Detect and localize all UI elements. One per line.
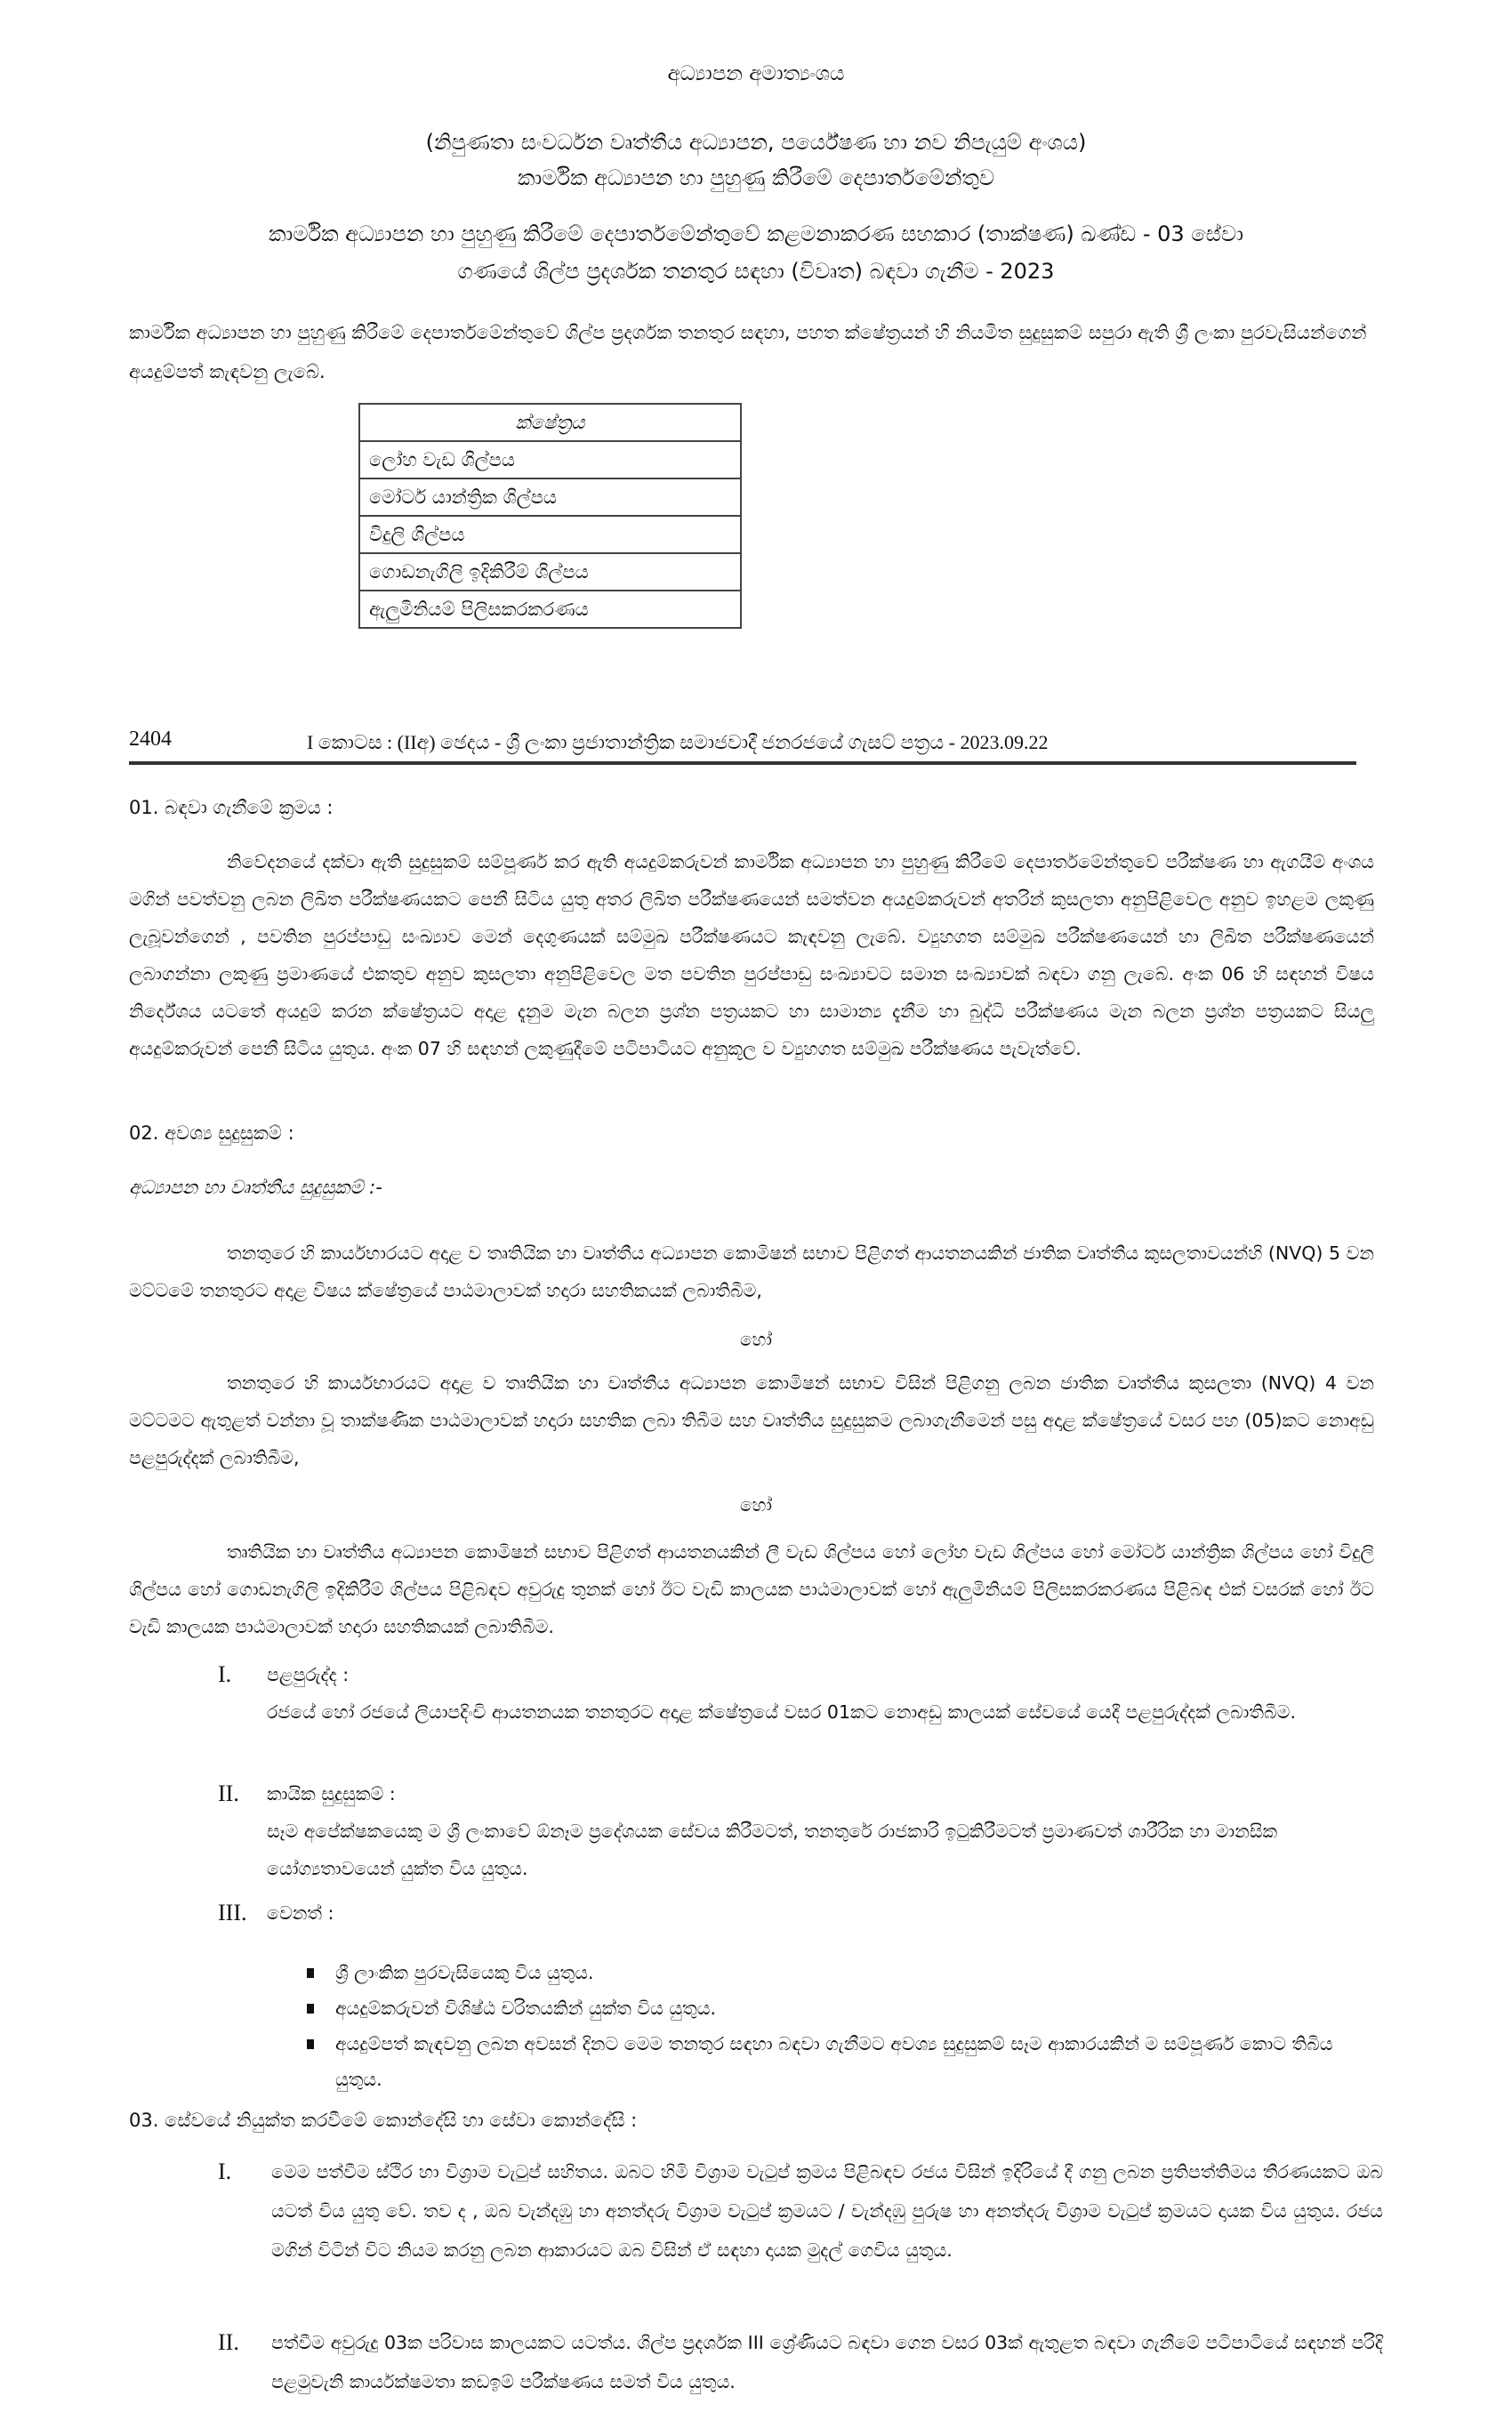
field-cell: විදුලි ශිල්පය xyxy=(359,516,741,553)
fields-table: ක්ෂේත්‍රය ලෝහ වැඩ ශිල්පය මෝටර් යාන්ත්‍රි… xyxy=(358,403,742,629)
requirement-body: රජයේ හෝ රජයේ ලියාපදිංචි ආයතනයක තනතුරට අද… xyxy=(267,1693,1374,1731)
requirement-experience: I. පළපුරුද්ද : රජයේ හෝ රජයේ ලියාපදිංචි ආ… xyxy=(218,1656,1374,1731)
qualification-option-1-text: තනතුරෙ හි කාර්යභාරයට අදාළ ව තෘතියික හා ව… xyxy=(129,1242,1374,1301)
requirement-title: කායික සුදුසුකම් : xyxy=(267,1775,1374,1813)
section-2-heading: 02. අවශ්‍ය සුදුසුකම් : xyxy=(129,1122,294,1145)
or-separator: හෝ xyxy=(0,1329,1512,1350)
roman-numeral: I. xyxy=(218,2152,231,2191)
requirement-other: III. වෙනත් : xyxy=(218,1894,1374,1932)
section-3-heading: 03. සේවයේ නියුක්ත කරවීමේ කොන්දේසි හා සේව… xyxy=(129,2110,637,2132)
header-divider xyxy=(129,761,1356,765)
gazette-title: I කොටස : (IIඅ) ඡෙදය - ශ්‍රී ලංකා ප්‍රජාත… xyxy=(307,731,1048,754)
table-row: ගොඩනැගිලි ඉදිකිරීම් ශිල්පය xyxy=(359,553,741,591)
list-item: අයදුම්පත් කැඳවනු ලබන අවසන් දිනට මෙම තනතු… xyxy=(307,2026,1374,2097)
qualification-option-2-text: තනතුරෙ හි කාර්යභාරයට අදාළ ව තෘතියික හා ව… xyxy=(129,1372,1374,1468)
list-item: ශ්‍රී ලාංකික පුරවැසියෙකු විය යුතුය. xyxy=(307,1955,1374,1990)
list-item: අයදුම්කරුවන් විශිෂ්ඨ චරිතයකින් යුක්ත විය… xyxy=(307,1990,1374,2026)
notice-title-line-2: ගණයේ ශිල්ප ප්‍රදර්ශක තනතුර සඳහා (විවෘත) … xyxy=(0,253,1512,290)
page-number: 2404 xyxy=(129,728,172,752)
field-cell: ගොඩනැගිලි ඉදිකිරීම් ශිල්පය xyxy=(359,553,741,591)
requirement-physical: II. කායික සුදුසුකම් : සෑම අපේක්ෂකයෙකු ම … xyxy=(218,1775,1374,1887)
condition-body: මෙම පත්වීම ස්ථිර හා විශ්‍රාම වැටුප් සහිත… xyxy=(271,2152,1383,2270)
requirement-body: සෑම අපේක්ෂකයෙකු ම ශ්‍රී ලංකාවේ ඕනෑම ප්‍ර… xyxy=(267,1813,1374,1887)
division-name: (නිපුණතා සංවර්ධන වෘත්තීය අධ්‍යාපන, පර්යේ… xyxy=(0,125,1512,160)
roman-numeral: II. xyxy=(218,1775,239,1813)
field-cell: මෝටර් යාන්ත්‍රික ශිල්පය xyxy=(359,478,741,516)
section-1-text: නිවේදනයේ දක්වා ඇති සුදුසුකම් සම්පූර්ණ කර… xyxy=(129,851,1374,1059)
section-1-body: නිවේදනයේ දක්වා ඇති සුදුසුකම් සම්පූර්ණ කර… xyxy=(129,843,1374,1067)
other-requirements-list: ශ්‍රී ලාංකික පුරවැසියෙකු විය යුතුය. අයදු… xyxy=(307,1955,1374,2097)
division-heading: (නිපුණතා සංවර්ධන වෘත්තීය අධ්‍යාපන, පර්යේ… xyxy=(0,125,1512,196)
field-cell: ලෝහ වැඩ ශිල්පය xyxy=(359,441,741,478)
notice-title: කාර්මික අධ්‍යාපන හා පුහුණු කිරීමේ දෙපාර්… xyxy=(0,215,1512,290)
condition-body: පත්වීම අවුරුදු 03ක පරිවාස කාලයකට යටත්ය. … xyxy=(271,2323,1383,2401)
requirement-title: වෙනත් : xyxy=(267,1894,1374,1932)
table-row: මෝටර් යාන්ත්‍රික ශිල්පය xyxy=(359,478,741,516)
or-separator: හෝ xyxy=(0,1494,1512,1515)
intro-paragraph: කාර්මික අධ්‍යාපන හා පුහුණු කිරීමේ දෙපාර්… xyxy=(129,313,1374,391)
department-name: කාර්මික අධ්‍යාපන හා පුහුණු කිරීමේ දෙපාර්… xyxy=(0,160,1512,196)
qualification-option-2: තනතුරෙ හි කාර්යභාරයට අදාළ ව තෘතියික හා ව… xyxy=(129,1364,1374,1476)
requirement-title: පළපුරුද්ද : xyxy=(267,1656,1374,1693)
ministry-heading: අධ්‍යාපන අමාත්‍යංශය xyxy=(0,62,1512,85)
roman-numeral: II. xyxy=(218,2323,239,2362)
field-cell: ඇලුමිනියම් පිලිසකරකරණය xyxy=(359,591,741,628)
roman-numeral: I. xyxy=(218,1656,231,1693)
table-row: විදුලි ශිල්පය xyxy=(359,516,741,553)
notice-title-line-1: කාර්මික අධ්‍යාපන හා පුහුණු කිරීමේ දෙපාර්… xyxy=(0,215,1512,253)
table-row: ඇලුමිනියම් පිලිසකරකරණය xyxy=(359,591,741,628)
qualification-option-3: තෘතියික හා වෘත්තීය අධ්‍යාපන කොමිෂන් සභාව… xyxy=(129,1533,1374,1645)
condition-1: I. මෙම පත්වීම ස්ථිර හා විශ්‍රාම වැටුප් ස… xyxy=(218,2152,1383,2270)
qualification-option-3-text: තෘතියික හා වෘත්තීය අධ්‍යාපන කොමිෂන් සභාව… xyxy=(129,1541,1374,1637)
fields-table-header: ක්ෂේත්‍රය xyxy=(359,404,741,441)
qualification-option-1: තනතුරෙ හි කාර්යභාරයට අදාළ ව තෘතියික හා ව… xyxy=(129,1234,1374,1309)
qualifications-subheading: අධ්‍යාපන හා වෘත්තීය සුදුසුකම් :- xyxy=(129,1177,382,1199)
roman-numeral: III. xyxy=(218,1894,246,1932)
table-row: ලෝහ වැඩ ශිල්පය xyxy=(359,441,741,478)
section-1-heading: 01. බඳවා ගැනීමේ ක්‍රමය : xyxy=(129,797,333,819)
condition-2: II. පත්වීම අවුරුදු 03ක පරිවාස කාලයකට යටත… xyxy=(218,2323,1383,2401)
